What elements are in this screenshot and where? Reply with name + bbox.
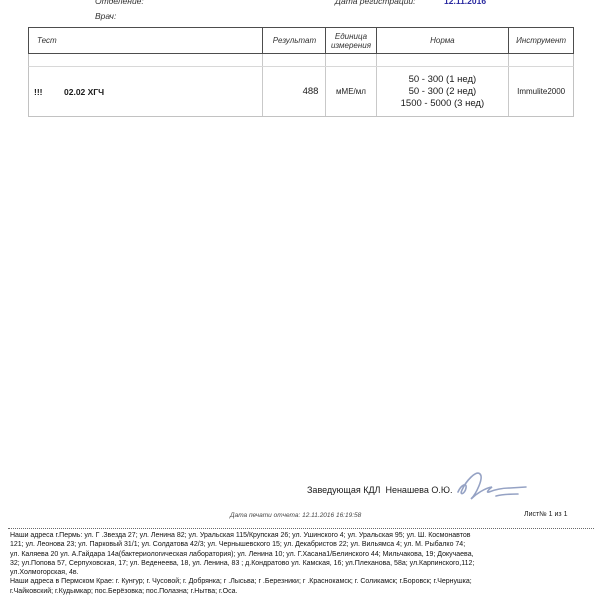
table-spacer-row [28, 54, 574, 67]
result-value: 488 [265, 86, 323, 97]
registration-date-label: Дата регистрации: [335, 0, 416, 6]
perm-addresses-line: ул. Каляева 20 ул. А.Гайдара 14а(бактери… [10, 550, 596, 559]
perm-addresses-line: Наши адреса г.Пермь: ул. Г .Звезда 27; у… [10, 531, 596, 540]
footer-divider [8, 528, 594, 529]
column-header-test: Тест [29, 28, 262, 53]
cell-instrument: Immulite2000 [508, 67, 573, 116]
krai-addresses-line: г.Чайковский; г.Кудымкар; пос.Берёзовка;… [10, 587, 596, 596]
head-of-lab-signature-title: Заведующая КДЛ Ненашева О.Ю. [307, 485, 452, 495]
instrument-value: Immulite2000 [517, 87, 565, 96]
column-header-instrument: Инструмент [508, 28, 573, 53]
department-label: Отделение: [95, 0, 144, 6]
results-table: Тест Результат Единица измерения Норма И… [28, 27, 574, 117]
cell-norm: 50 - 300 (1 нед) 50 - 300 (2 нед) 1500 -… [376, 67, 509, 116]
abnormal-flag: !!! [34, 87, 64, 97]
print-date: Дата печати отчета: 12.11.2016 16:19:58 [230, 512, 361, 519]
perm-addresses-line: 32; ул.Попова 57, Серпуховская, 17; ул. … [10, 559, 596, 568]
results-table-header: Тест Результат Единица измерения Норма И… [28, 27, 574, 54]
cell-result: 488 [262, 67, 325, 116]
krai-addresses-line: Наши адреса в Пермском Крае: г. Кунгур; … [10, 577, 596, 586]
norm-line-1: 50 - 300 (1 нед) [409, 74, 477, 86]
addresses-footer: Наши адреса г.Пермь: ул. Г .Звезда 27; у… [10, 531, 596, 596]
perm-addresses-line: 121; ул. Леонова 23; ул. Парковый 31/1; … [10, 540, 596, 549]
lab-report-page: Отделение: Дата регистрации: 12.11.2016 … [0, 0, 602, 600]
norm-line-2: 50 - 300 (2 нед) [409, 86, 477, 98]
column-header-result: Результат [262, 28, 325, 53]
handwritten-signature [452, 466, 534, 508]
column-header-unit: Единица измерения [325, 28, 375, 53]
norm-line-3: 1500 - 5000 (3 нед) [401, 98, 484, 110]
registration-date-value: 12.11.2016 [444, 0, 486, 6]
cell-unit: мМЕ/мл [325, 67, 375, 116]
table-row: !!! 02.02 ХГЧ 488 мМЕ/мл 50 - 300 (1 нед… [28, 67, 574, 117]
unit-value: мМЕ/мл [336, 87, 366, 96]
test-name: 02.02 ХГЧ [64, 87, 104, 97]
perm-addresses-line: ул.Холмогорская, 4в. [10, 568, 596, 577]
doctor-label: Врач: [95, 11, 116, 21]
column-header-norm: Норма [376, 28, 509, 53]
cell-test: !!! 02.02 ХГЧ [29, 67, 262, 116]
sheet-number: Лист№ 1 из 1 [524, 511, 567, 518]
